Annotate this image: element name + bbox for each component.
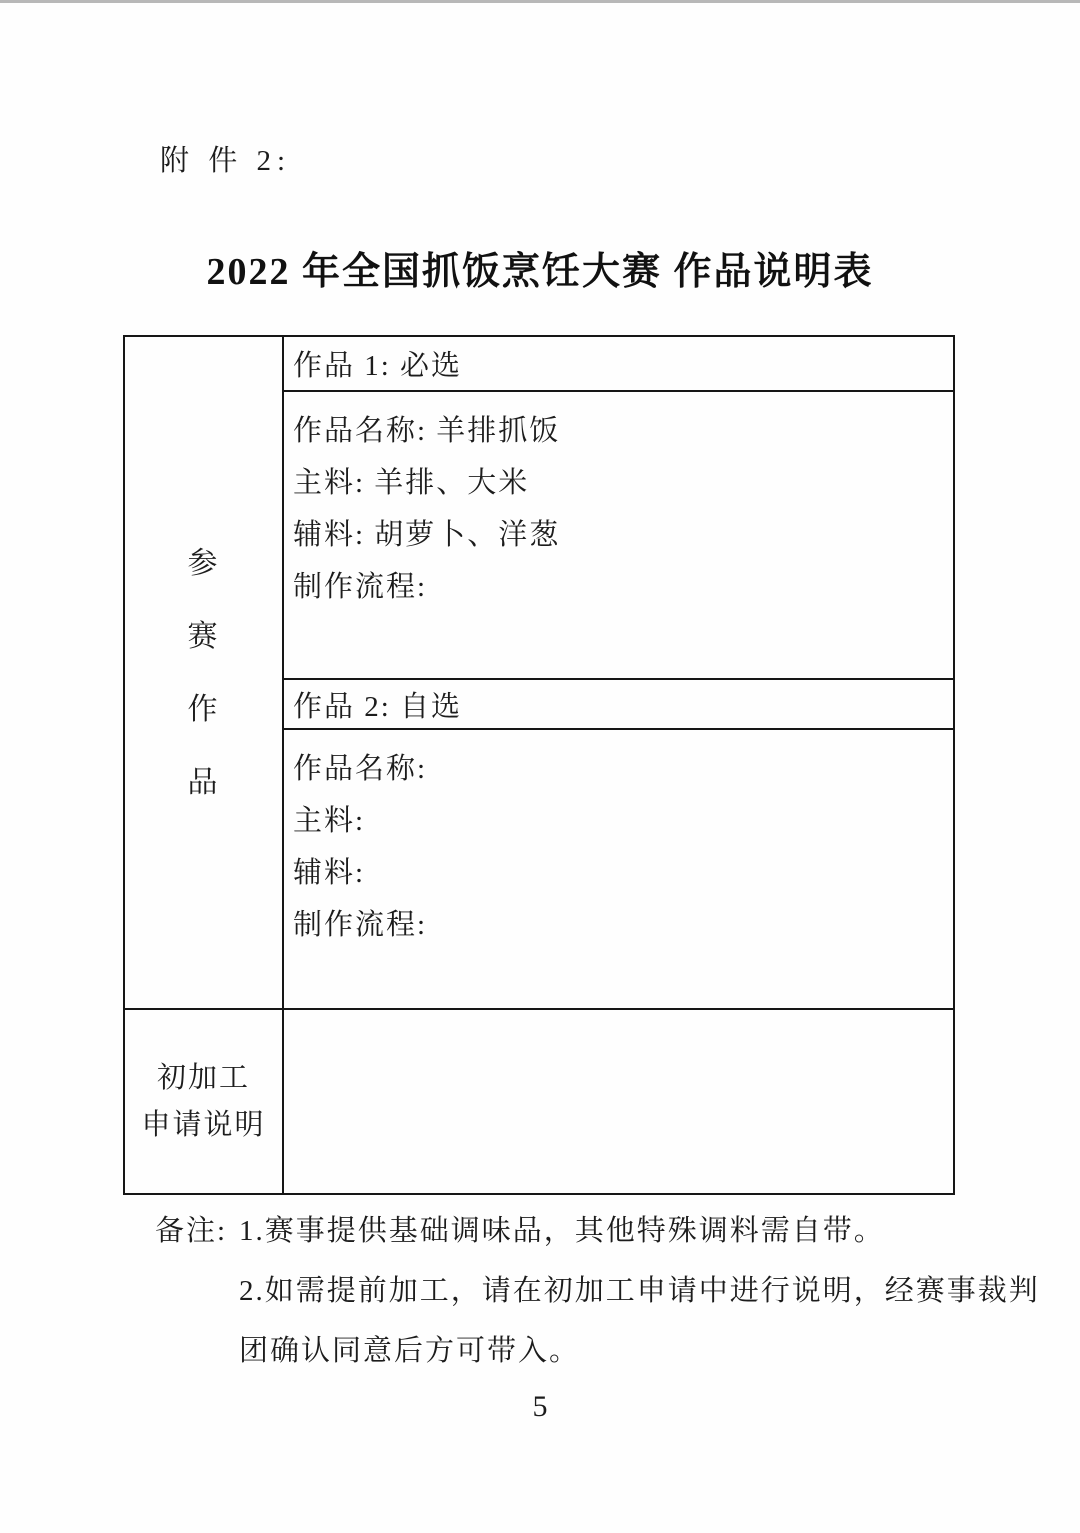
- page-title: 2022 年全国抓饭烹饪大赛 作品说明表: [0, 240, 1080, 295]
- work-description-table: 参 赛 作 品 作品 1: 必选 作品名称: 羊排抓饭 主料: 羊排、大米 辅料…: [123, 335, 955, 1195]
- attachment-label: 附 件 2:: [160, 138, 291, 179]
- work1-header-cell: 作品 1: 必选: [282, 337, 953, 390]
- note-item-1: 1.赛事提供基础调味品，其他特殊调料需自带。: [239, 1201, 885, 1261]
- work1-name-line: 作品名称: 羊排抓饭: [293, 405, 943, 457]
- note-item-2-line-1: 2.如需提前加工，请在初加工申请中进行说明，经赛事裁判: [239, 1261, 945, 1321]
- preprocess-label-line1: 初加工: [157, 1055, 250, 1102]
- scan-edge-artifact: [0, 0, 1080, 3]
- preprocess-content-cell: [282, 1008, 953, 1193]
- work1-details-cell: 作品名称: 羊排抓饭 主料: 羊排、大米 辅料: 胡萝卜、洋葱 制作流程:: [282, 390, 953, 678]
- work1-main-ingredients-line: 主料: 羊排、大米: [293, 457, 943, 509]
- work2-aux-ingredients-line: 辅料:: [293, 847, 943, 899]
- notes-label: 备注:: [155, 1201, 239, 1261]
- note-item-1-row: 备注: 1.赛事提供基础调味品，其他特殊调料需自带。: [155, 1201, 945, 1261]
- page-number: 5: [0, 1390, 1080, 1424]
- work1-aux-ingredients-line: 辅料: 胡萝卜、洋葱: [293, 509, 943, 561]
- work2-header-cell: 作品 2: 自选: [282, 678, 953, 728]
- preprocess-label-line2: 申请说明: [141, 1102, 265, 1149]
- work2-main-ingredients-line: 主料:: [293, 795, 943, 847]
- entry-works-row-header: 参 赛 作 品: [125, 337, 282, 1008]
- vertical-label-char: 赛: [188, 600, 220, 673]
- work1-process-line: 制作流程:: [293, 561, 943, 613]
- work2-details-cell: 作品名称: 主料: 辅料: 制作流程:: [282, 728, 953, 1008]
- note-item-2-line-2: 团确认同意后方可带入。: [239, 1321, 945, 1381]
- notes-section: 备注: 1.赛事提供基础调味品，其他特殊调料需自带。 2.如需提前加工，请在初加…: [155, 1201, 945, 1381]
- vertical-label-char: 参: [188, 527, 220, 600]
- scanned-document-page: 附 件 2: 2022 年全国抓饭烹饪大赛 作品说明表 参 赛 作 品 作品 1…: [0, 0, 1080, 1533]
- vertical-label-char: 作: [188, 673, 220, 746]
- work2-process-line: 制作流程:: [293, 899, 943, 951]
- preprocess-request-row-header: 初加工 申请说明: [125, 1008, 282, 1193]
- vertical-label-char: 品: [188, 746, 220, 819]
- work2-name-line: 作品名称:: [293, 743, 943, 795]
